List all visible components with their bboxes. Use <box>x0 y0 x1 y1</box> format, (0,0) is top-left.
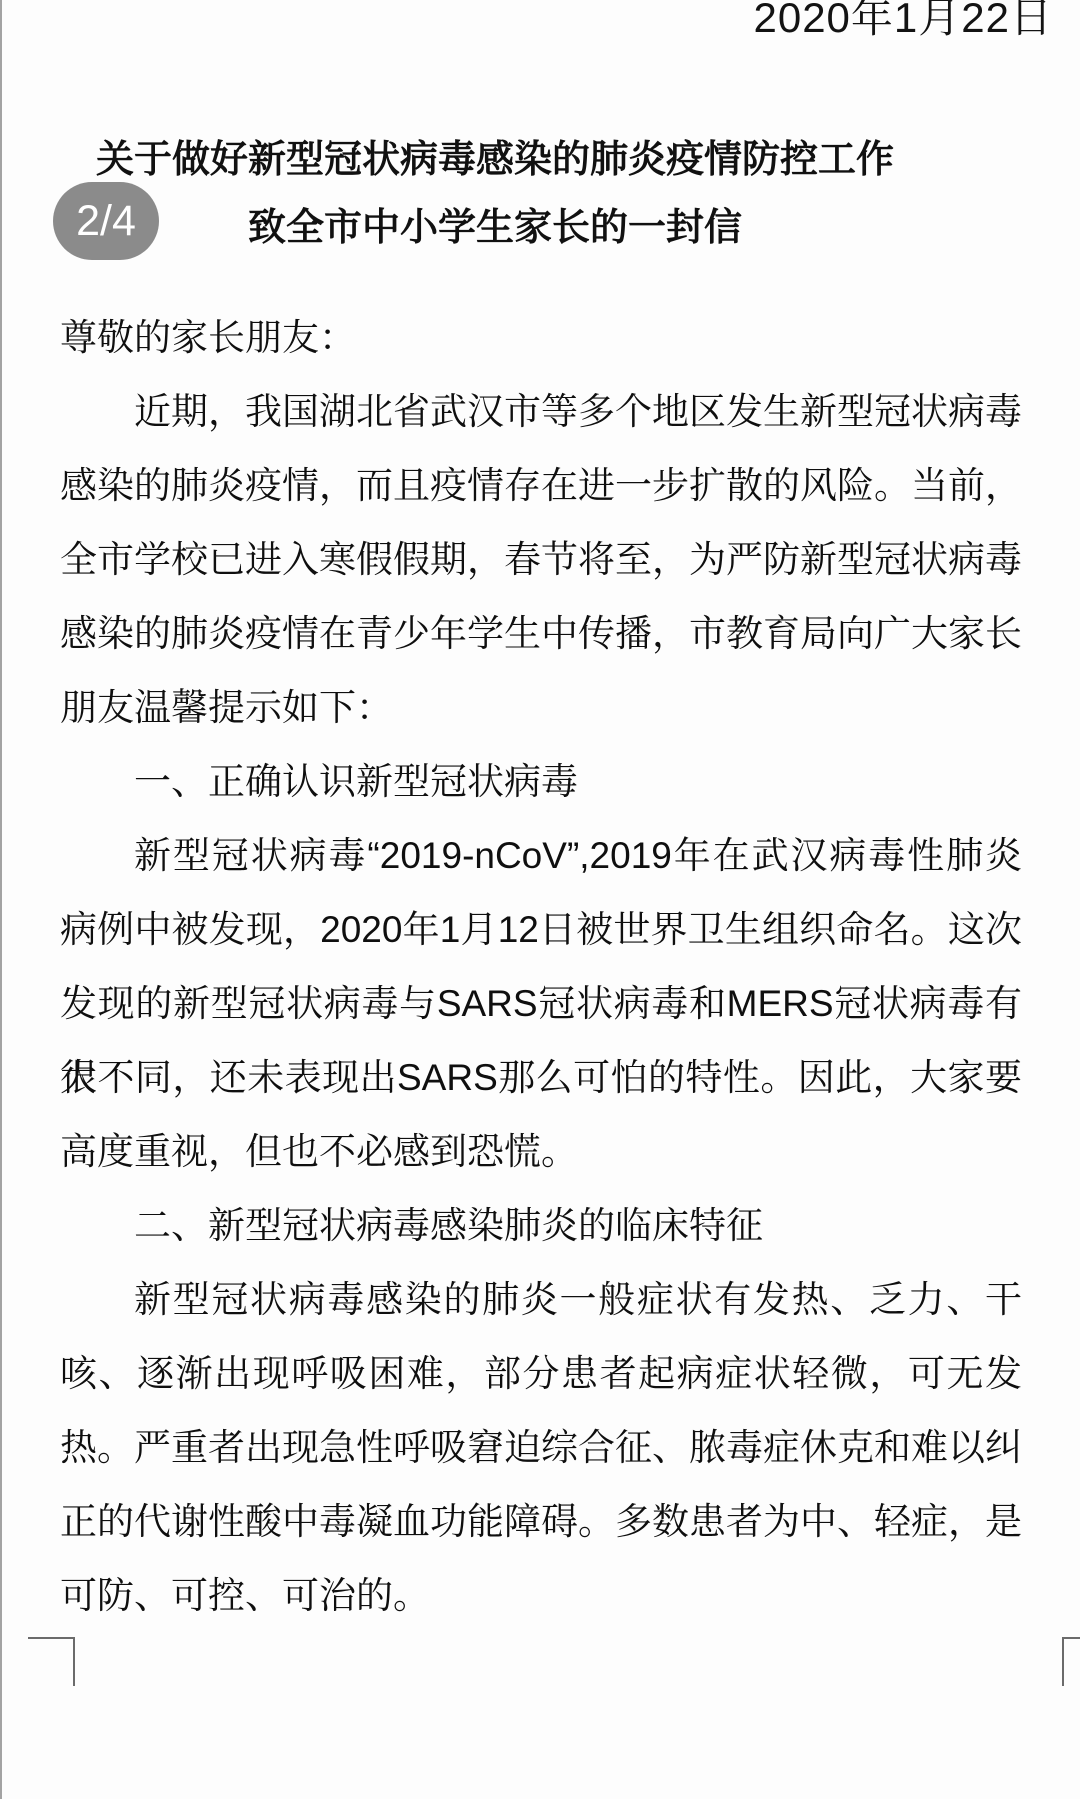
document-line: 高度重视，但也不必感到恐慌。 <box>60 1115 1022 1189</box>
document-line: 二、新型冠状病毒感染肺炎的临床特征 <box>60 1189 1022 1263</box>
page-counter-badge: 2/4 <box>53 182 159 260</box>
document-body: 尊敬的家长朋友：近期，我国湖北省武汉市等多个地区发生新型冠状病毒感染的肺炎疫情，… <box>60 301 1022 1633</box>
document-line: 新型冠状病毒“2019-nCoV”,2019年在武汉病毒性肺炎 <box>60 819 1022 893</box>
document-line: 大不同，还未表现出SARS那么可怕的特性。因此，大家要 <box>60 1041 1022 1115</box>
document-line: 一、正确认识新型冠状病毒 <box>60 745 1022 819</box>
document-line: 朋友温馨提示如下： <box>60 671 1022 745</box>
page-corner-mark-right <box>1062 1637 1080 1686</box>
document-line: 新型冠状病毒感染的肺炎一般症状有发热、乏力、干 <box>60 1263 1022 1337</box>
photo-edge-line <box>0 0 2 1799</box>
document-line: 热。严重者出现急性呼吸窘迫综合征、脓毒症休克和难以纠 <box>60 1411 1022 1485</box>
document-line: 可防、可控、可治的。 <box>60 1559 1022 1633</box>
document-line: 尊敬的家长朋友： <box>60 301 1022 375</box>
document-line: 感染的肺炎疫情，而且疫情存在进一步扩散的风险。当前， <box>60 449 1022 523</box>
document-date: 2020年1月22日 <box>753 0 1053 45</box>
document-line: 近期，我国湖北省武汉市等多个地区发生新型冠状病毒 <box>60 375 1022 449</box>
document-line: 咳、逐渐出现呼吸困难，部分患者起病症状轻微，可无发 <box>60 1337 1022 1411</box>
page-corner-mark-left <box>28 1637 75 1686</box>
document-title-line1: 关于做好新型冠状病毒感染的肺炎疫情防控工作 <box>60 128 930 183</box>
document-line: 全市学校已进入寒假假期，春节将至，为严防新型冠状病毒 <box>60 523 1022 597</box>
document-line: 发现的新型冠状病毒与SARS冠状病毒和MERS冠状病毒有很 <box>60 967 1022 1041</box>
document-photo-viewer[interactable]: 2020年1月22日 关于做好新型冠状病毒感染的肺炎疫情防控工作 致全市中小学生… <box>0 0 1080 1799</box>
document-line: 正的代谢性酸中毒凝血功能障碍。多数患者为中、轻症，是 <box>60 1485 1022 1559</box>
document-line: 病例中被发现，2020年1月12日被世界卫生组织命名。这次 <box>60 893 1022 967</box>
document-line: 感染的肺炎疫情在青少年学生中传播，市教育局向广大家长 <box>60 597 1022 671</box>
document-title-line2: 致全市中小学生家长的一封信 <box>60 196 930 251</box>
